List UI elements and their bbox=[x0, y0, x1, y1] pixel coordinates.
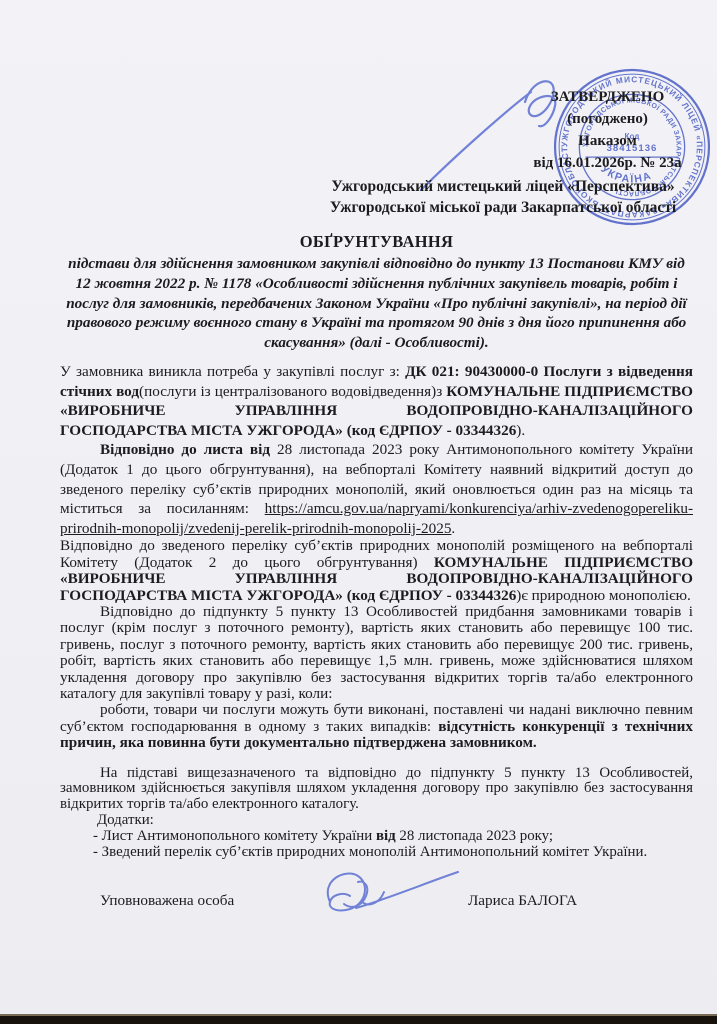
approval-block: ЗАТВЕРДЖЕНО (погоджено) Наказом від 16.0… bbox=[505, 86, 710, 174]
attachment1-post: 28 листопада 2023 року; bbox=[396, 828, 553, 844]
signer-name: Лариса БАЛОГА bbox=[468, 892, 577, 910]
paragraph-amcu-letter: Відповідно до листа від 28 листопада 202… bbox=[60, 440, 693, 538]
attachment1-pre: - Лист Антимонопольного комітету України bbox=[93, 828, 376, 844]
approval-agreed: (погоджено) bbox=[505, 108, 710, 130]
paragraph-monopoly-registry: Відповідно до зведеного переліку суб’єкт… bbox=[60, 538, 693, 604]
signature-row: Уповноважена особа Лариса БАЛОГА bbox=[60, 876, 693, 932]
need-intro-text: У замовника виникла потреба у закупівлі … bbox=[60, 363, 405, 380]
organization-name-line1: Ужгородський мистецький ліцей «Перспекти… bbox=[305, 176, 701, 197]
document-subtitle: підстави для здійснення замовником закуп… bbox=[64, 254, 689, 353]
document-body: ОБҐРУНТУВАННЯ підстави для здійснення за… bbox=[60, 232, 693, 932]
attachment-item-registry: - Зведений перелік суб’єктів природних м… bbox=[93, 845, 693, 861]
attachment-item-letter: - Лист Антимонопольного комітету України… bbox=[93, 829, 693, 845]
signer-role-label: Уповноважена особа bbox=[100, 892, 234, 910]
registry-closing: )є природною монополією. bbox=[516, 587, 690, 604]
organization-name-line2: Ужгородської міської ради Закарпатської … bbox=[305, 197, 701, 218]
scanner-edge-artifact bbox=[0, 1014, 717, 1024]
approval-order: Наказом bbox=[505, 130, 710, 152]
scanned-document-page: УЖГОРОДСЬКИЙ МИСТЕЦЬКИЙ ЛІЦЕЙ «ПЕРСПЕКТИ… bbox=[0, 0, 717, 1024]
need-closing-text: ). bbox=[516, 422, 525, 439]
paragraph-exclusive-supplier: роботи, товари чи послуги можуть бути ви… bbox=[60, 702, 693, 751]
organization-name: Ужгородський мистецький ліцей «Перспекти… bbox=[305, 176, 701, 218]
paragraph-procurement-need: У замовника виникла потреба у закупівлі … bbox=[60, 362, 693, 440]
paragraph-subitem5-rule: Відповідно до підпункту 5 пункту 13 Особ… bbox=[60, 604, 693, 702]
attachment1-bold: від bbox=[376, 828, 396, 844]
document-title: ОБҐРУНТУВАННЯ bbox=[60, 232, 693, 252]
approval-status: ЗАТВЕРДЖЕНО bbox=[505, 86, 710, 108]
approval-date: від 16.01.2026р. № 23а bbox=[505, 152, 710, 174]
letter-bold-intro: Відповідно до листа від bbox=[100, 441, 277, 458]
paragraph-conclusion: На підставі вищезазначеного та відповідн… bbox=[60, 766, 693, 813]
attachments-label: Додатки: bbox=[97, 813, 693, 829]
need-service-note: (послуги із централізованого водовідведе… bbox=[139, 383, 446, 400]
letter-closing: . bbox=[451, 520, 455, 537]
